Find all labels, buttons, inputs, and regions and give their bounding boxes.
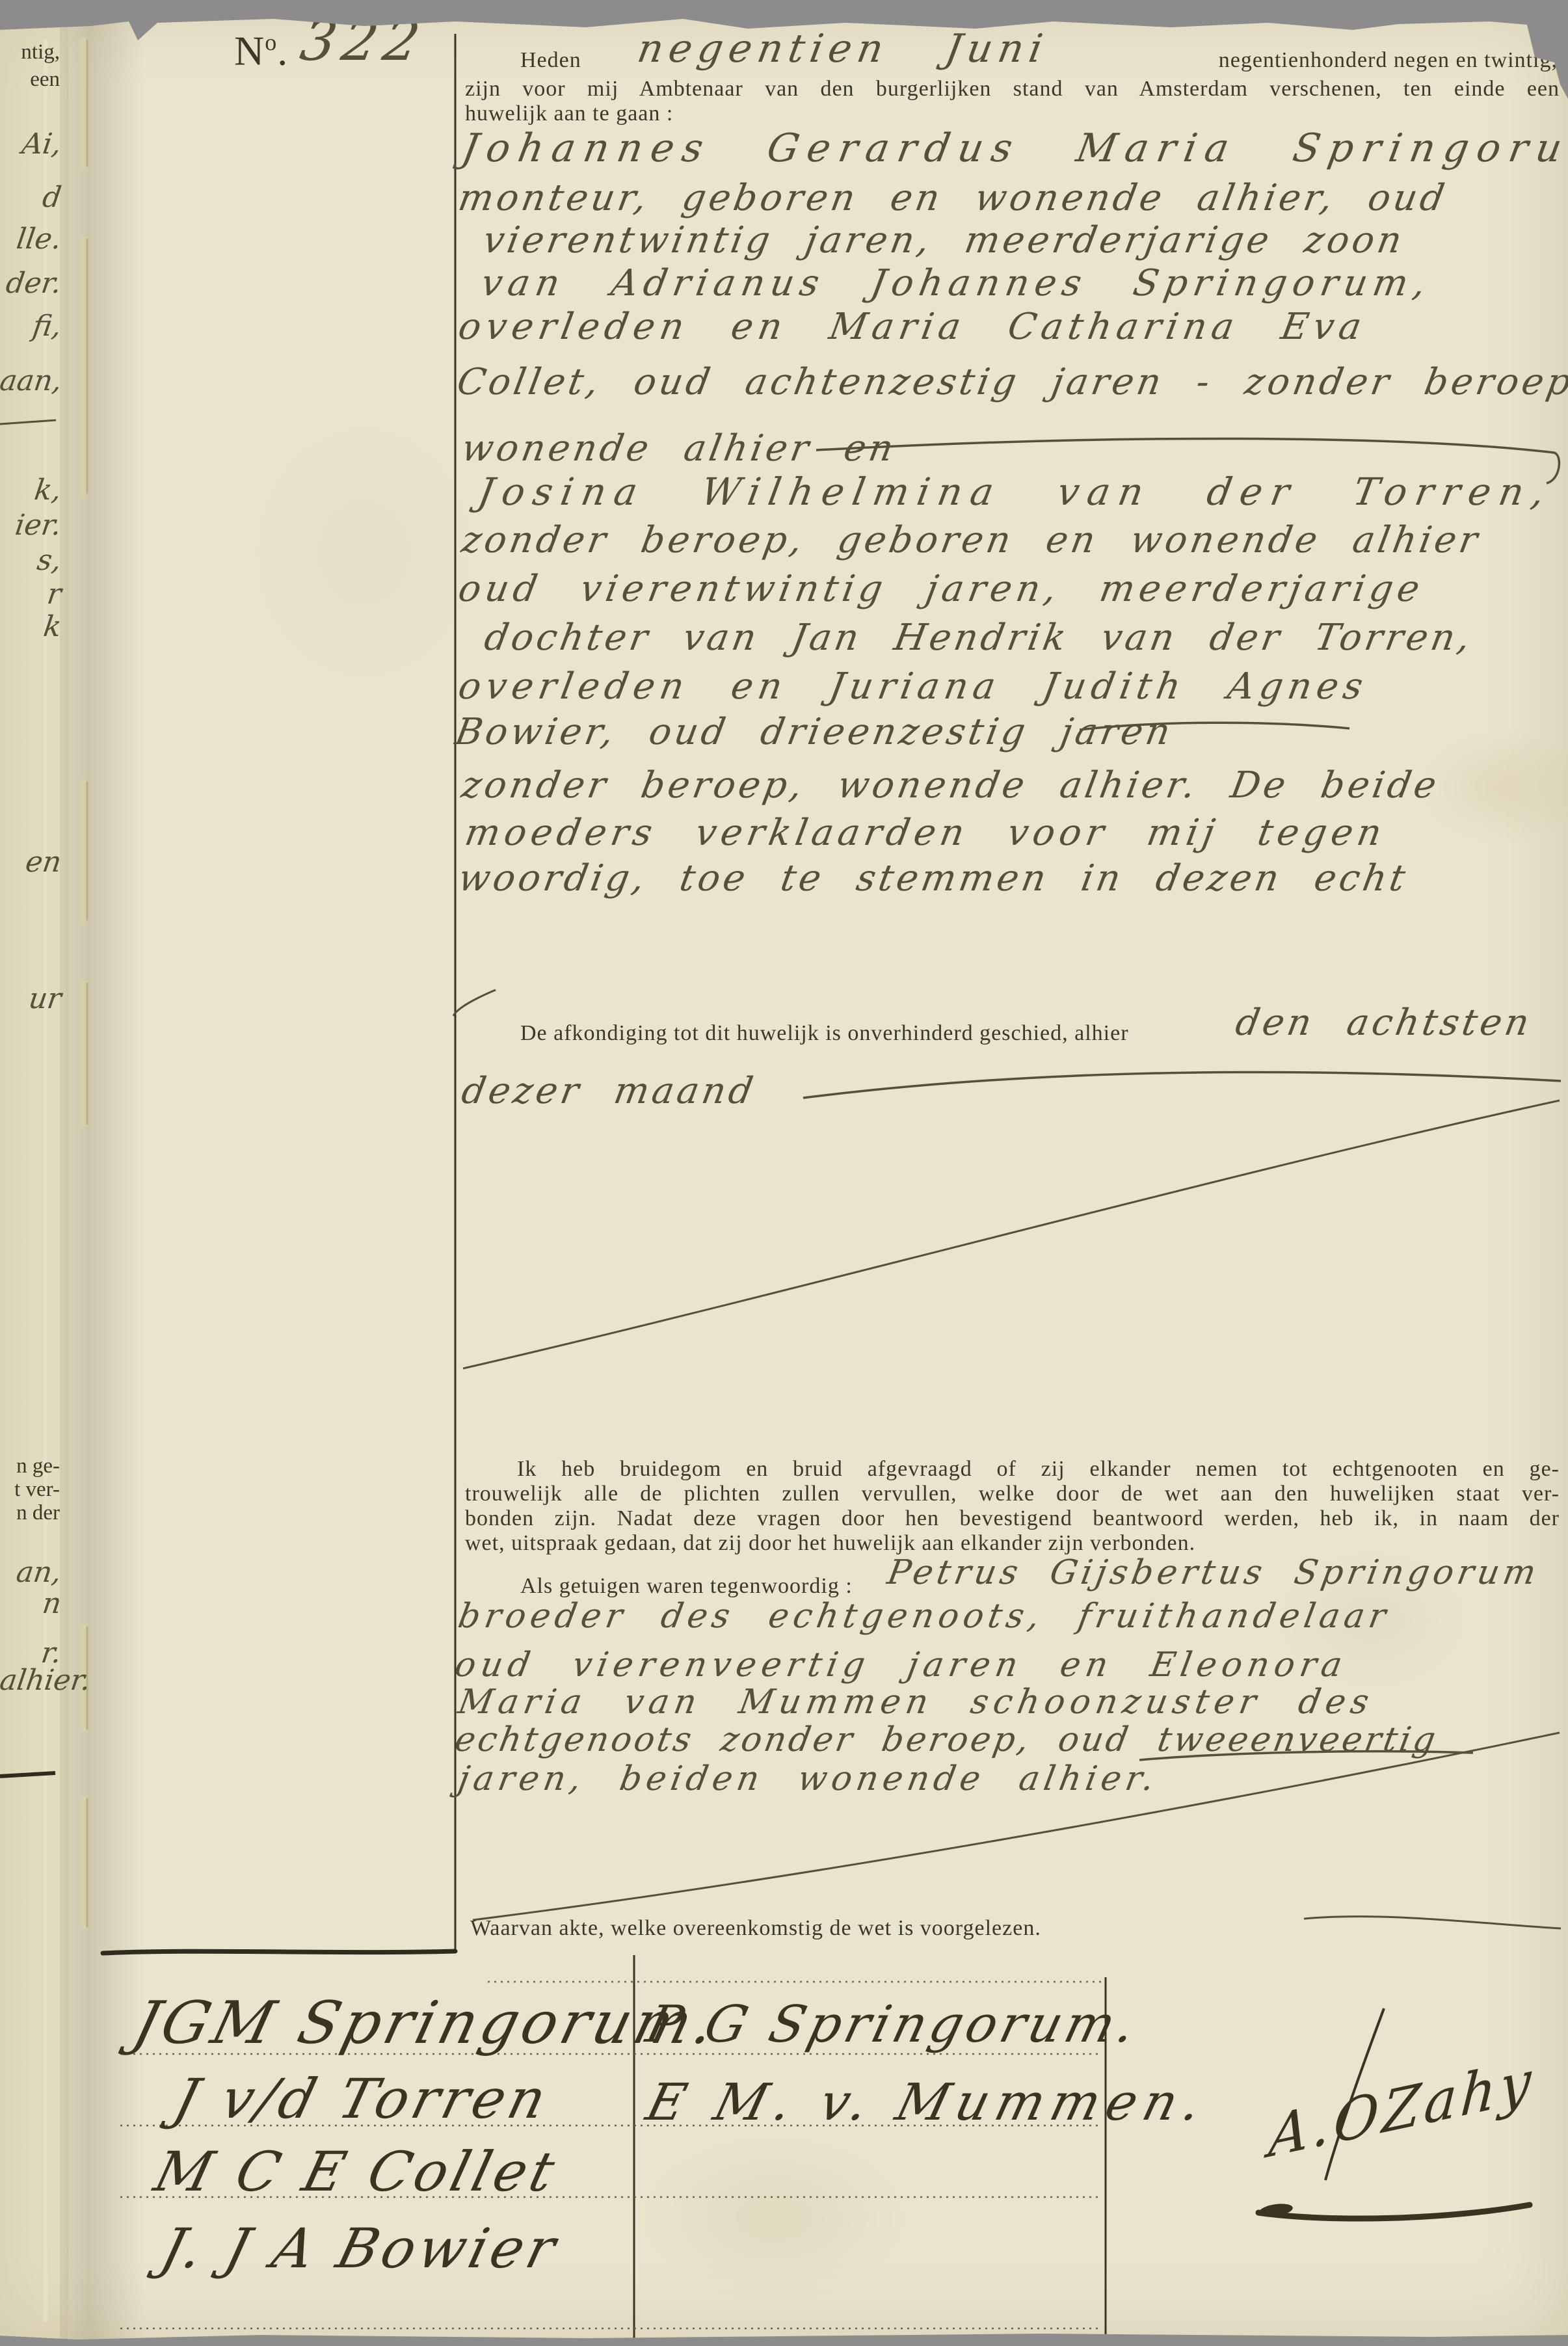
announcement-printed: De afkondiging tot dit huwelijk is onver… — [520, 1021, 1129, 1046]
declaration-line: bonden zijn. Nadat deze vragen door hen … — [465, 1506, 1560, 1531]
prev-page-fragment: Ai, — [0, 127, 64, 161]
prev-page-fragment: alhier. — [0, 1664, 64, 1697]
prev-page-fragment: een — [0, 68, 60, 92]
dash-flourish — [1304, 1917, 1561, 1928]
witnesses-printed-label: Als getuigen waren tegenwoordig : — [520, 1574, 853, 1599]
bride-line: overleden en Juriana Judith Agnes — [455, 665, 1371, 708]
prev-page-fragment: t ver- — [0, 1478, 60, 1502]
diagonal-strike — [463, 1100, 1560, 1368]
groom-line: vierentwintig jaren, meerderjarige zoon — [480, 219, 1408, 261]
written-marriage-date: negentien Juni — [634, 26, 1052, 72]
groom-line: Collet, oud achtenzestig jaren - zonder … — [454, 361, 1568, 403]
dash-flourish — [803, 1072, 1561, 1098]
prev-page-fragment: aan, — [0, 364, 64, 397]
pen-curl — [453, 990, 496, 1016]
act-number: 322 — [296, 9, 431, 73]
bride-line: woordig, toe te stemmen in dezen echt — [455, 857, 1411, 900]
witness-line: Maria van Mummen schoonzuster des — [455, 1683, 1377, 1722]
bride-line: zonder beroep, wonende alhier. De beide — [458, 764, 1442, 806]
bride-line: moeders verklaarden voor mij tegen — [462, 812, 1389, 854]
bride-name-line: Josina Wilhelmina van der Torren, — [475, 470, 1556, 514]
witness-line: echtgenoots zonder beroep, oud tweeenvee… — [452, 1720, 1441, 1759]
groom-line: monteur, geboren en wonende alhier, oud — [455, 177, 1451, 219]
margin-closing-line — [103, 1951, 455, 1953]
prev-page-fragment: ier. — [0, 509, 64, 542]
prev-page-fragment: ur — [0, 982, 64, 1015]
announcement-written-date: den achtsten — [1232, 1002, 1535, 1044]
groom-line: overleden en Maria Catharina Eva — [455, 306, 1370, 348]
groom-line: van Adrianus Johannes Springorum, — [478, 262, 1435, 304]
header-line3: huwelijk aan te gaan : — [465, 101, 673, 126]
header-line2: zijn voor mij Ambtenaar van den burgerli… — [465, 77, 1560, 101]
bride-line: dochter van Jan Hendrik van der Torren, — [481, 617, 1476, 659]
prev-page-fragment: fi, — [0, 310, 64, 343]
prev-page-fragment: k, — [0, 473, 64, 507]
declaration-paragraph: Ik heb bruidegom en bruid afgevraagd of … — [465, 1457, 1560, 1556]
prev-page-fragment: an, — [0, 1556, 64, 1589]
signature-witness-1: P G Springorum. — [641, 1995, 1145, 2054]
prev-page-fragment: ntig, — [0, 40, 60, 64]
signature-groom: JGM Springorum. — [127, 1989, 726, 2057]
groom-name-line: Johannes Gerardus Maria Springorum — [458, 126, 1568, 171]
act-number-label: No. — [234, 30, 288, 63]
prev-page-fragment: en — [0, 846, 64, 879]
prev-page-fragment: lle. — [0, 222, 64, 256]
prev-page-fragment: d — [0, 181, 64, 214]
declaration-line: wet, uitspraak gedaan, dat zij door het … — [465, 1531, 1560, 1556]
official-signature-swash — [1258, 2205, 1530, 2219]
prev-page-fragment: n — [0, 1587, 64, 1620]
document-page: 25 No. 322 Heden negentien Juni negentie… — [0, 0, 1568, 2346]
bride-line: oud vierentwintig jaren, meerderjarige — [455, 568, 1428, 610]
page-number-fragment: 25 — [1489, 0, 1528, 14]
witness-line: broeder des echtgenoots, fruithandelaar — [455, 1597, 1393, 1636]
closing-printed: Waarvan akte, welke overeenkomstig de we… — [470, 1916, 1041, 1941]
prev-page-fragment: der. — [0, 267, 64, 300]
groom-line: wonende alhier en — [458, 427, 899, 470]
prev-page-fragment: n der — [0, 1501, 60, 1525]
declaration-line: Ik heb bruidegom en bruid afgevraagd of … — [465, 1457, 1560, 1482]
header-word-heden: Heden — [520, 48, 581, 73]
prev-page-fragment: r — [0, 578, 64, 611]
bride-line: zonder beroep, geboren en wonende alhier — [458, 519, 1484, 561]
prev-page-fragment: n ge- — [0, 1454, 60, 1478]
signature-witness-2: E M. v. Mummen. — [641, 2073, 1214, 2132]
prev-page-fragment: k — [0, 610, 64, 643]
scanned-register-page: { "margin": { "no_label": "N", "no_sup":… — [0, 0, 1568, 2346]
signature-mother-groom: M C E Collet — [148, 2140, 565, 2204]
header-year-printed: negentienhonderd negen en twintig, — [1219, 48, 1558, 73]
signature-bride: J v/d Torren — [168, 2067, 556, 2131]
witness-line: oud vierenveertig jaren en Eleonora — [452, 1646, 1350, 1685]
witness-line: jaren, beiden wonende alhier. — [455, 1759, 1162, 1798]
prev-page-fragment: s, — [0, 544, 64, 577]
announcement-written-line2: dezer maand — [458, 1070, 759, 1112]
declaration-line: trouwelijk alle de plichten zullen vervu… — [465, 1482, 1560, 1506]
signature-mother-bride: J. J A Bowier — [155, 2217, 566, 2280]
fragment-dash — [0, 420, 56, 424]
witness-line: Petrus Gijsbertus Springorum — [884, 1553, 1543, 1592]
bride-line: Bowier, oud drieenzestig jaren — [452, 711, 1176, 753]
